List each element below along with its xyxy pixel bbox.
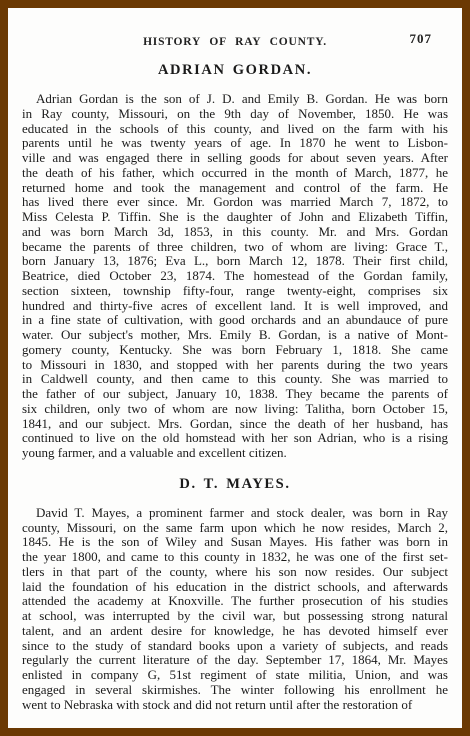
text-line: has lived there ever since. Mr. Gordon w…	[22, 195, 448, 210]
text-line: continued to live on the old homstead wi…	[22, 431, 448, 446]
text-line: engaged in several skirmishes. The winte…	[22, 683, 448, 698]
text-line: went to Nebraska with stock and did not …	[22, 698, 448, 713]
text-line: the death of his father, which occurred …	[22, 166, 448, 181]
text-line: since to the study of standard books upo…	[22, 639, 448, 654]
articles-container: ADRIAN GORDAN.Adrian Gordan is the son o…	[22, 62, 448, 712]
text-line: Adrian Gordan is the son of J. D. and Em…	[22, 92, 448, 107]
page-number: 707	[410, 31, 433, 47]
page-header: HISTORY OF RAY COUNTY. 707	[22, 32, 448, 47]
running-title: HISTORY OF RAY COUNTY.	[143, 36, 327, 48]
text-line: county, Missouri, on the same farm upon …	[22, 521, 448, 536]
text-line: David T. Mayes, a prominent farmer and s…	[22, 506, 448, 521]
text-line: section sixteen, township fifty-four, ra…	[22, 284, 448, 299]
text-line: laid the foundation of his education in …	[22, 580, 448, 595]
text-line: ville and was engaged there in selling g…	[22, 151, 448, 166]
text-line: born January 13, 1876; Eva L., born Marc…	[22, 254, 448, 269]
text-line: educated in the schools of this county, …	[22, 122, 448, 137]
text-line: tlers in that part of the county, where …	[22, 565, 448, 580]
text-line: and was born March 3d, 1853, in this cou…	[22, 225, 448, 240]
text-line: at school, was interrupted by the civil …	[22, 609, 448, 624]
text-line: in Caldwell county, and then came to thi…	[22, 372, 448, 387]
text-line: returned home and took the management an…	[22, 181, 448, 196]
text-line: the year 1800, and came to this county i…	[22, 550, 448, 565]
text-line: talent, and an ardent desire for knowled…	[22, 624, 448, 639]
text-line: hundred and thirty-five acres of excelle…	[22, 299, 448, 314]
article: D. T. MAYES.David T. Mayes, a prominent …	[22, 476, 448, 713]
text-line: in a fine state of cultivation, with goo…	[22, 313, 448, 328]
text-line: attended the academy at Knoxville. The f…	[22, 594, 448, 609]
text-line: regularly the current literature of the …	[22, 653, 448, 668]
text-line: enlisted in company G, 51st regiment of …	[22, 668, 448, 683]
text-line: gomery county, Kentucky. She was born Fe…	[22, 343, 448, 358]
text-line: six children, only two of whom are now l…	[22, 402, 448, 417]
page-border-frame: HISTORY OF RAY COUNTY. 707 ADRIAN GORDAN…	[0, 0, 470, 736]
text-line: water. Our subject's mother, Mrs. Emily …	[22, 328, 448, 343]
text-line: 1841, and our subject. Mrs. Gordan, sinc…	[22, 417, 448, 432]
article-heading: ADRIAN GORDAN.	[22, 62, 448, 79]
book-page: HISTORY OF RAY COUNTY. 707 ADRIAN GORDAN…	[8, 8, 462, 728]
text-line: in Ray county, Missouri, on the 9th day …	[22, 107, 448, 122]
text-line: the father of our subject, January 10, 1…	[22, 387, 448, 402]
article-heading: D. T. MAYES.	[22, 476, 448, 493]
text-line: Beatrice, died October 23, 1874. The hom…	[22, 269, 448, 284]
text-line: parents until he was twenty years of age…	[22, 136, 448, 151]
article-paragraph: Adrian Gordan is the son of J. D. and Em…	[22, 92, 448, 461]
text-line: to Missouri in 1830, and stopped with he…	[22, 358, 448, 373]
article: ADRIAN GORDAN.Adrian Gordan is the son o…	[22, 62, 448, 461]
article-paragraph: David T. Mayes, a prominent farmer and s…	[22, 506, 448, 713]
text-line: became the parents of three children, tw…	[22, 240, 448, 255]
text-line: Miss Celesta P. Tiffin. She is the daugh…	[22, 210, 448, 225]
text-line: young farmer, and a valuable and excelle…	[22, 446, 448, 461]
text-line: 1845. He is the son of Wiley and Susan M…	[22, 535, 448, 550]
